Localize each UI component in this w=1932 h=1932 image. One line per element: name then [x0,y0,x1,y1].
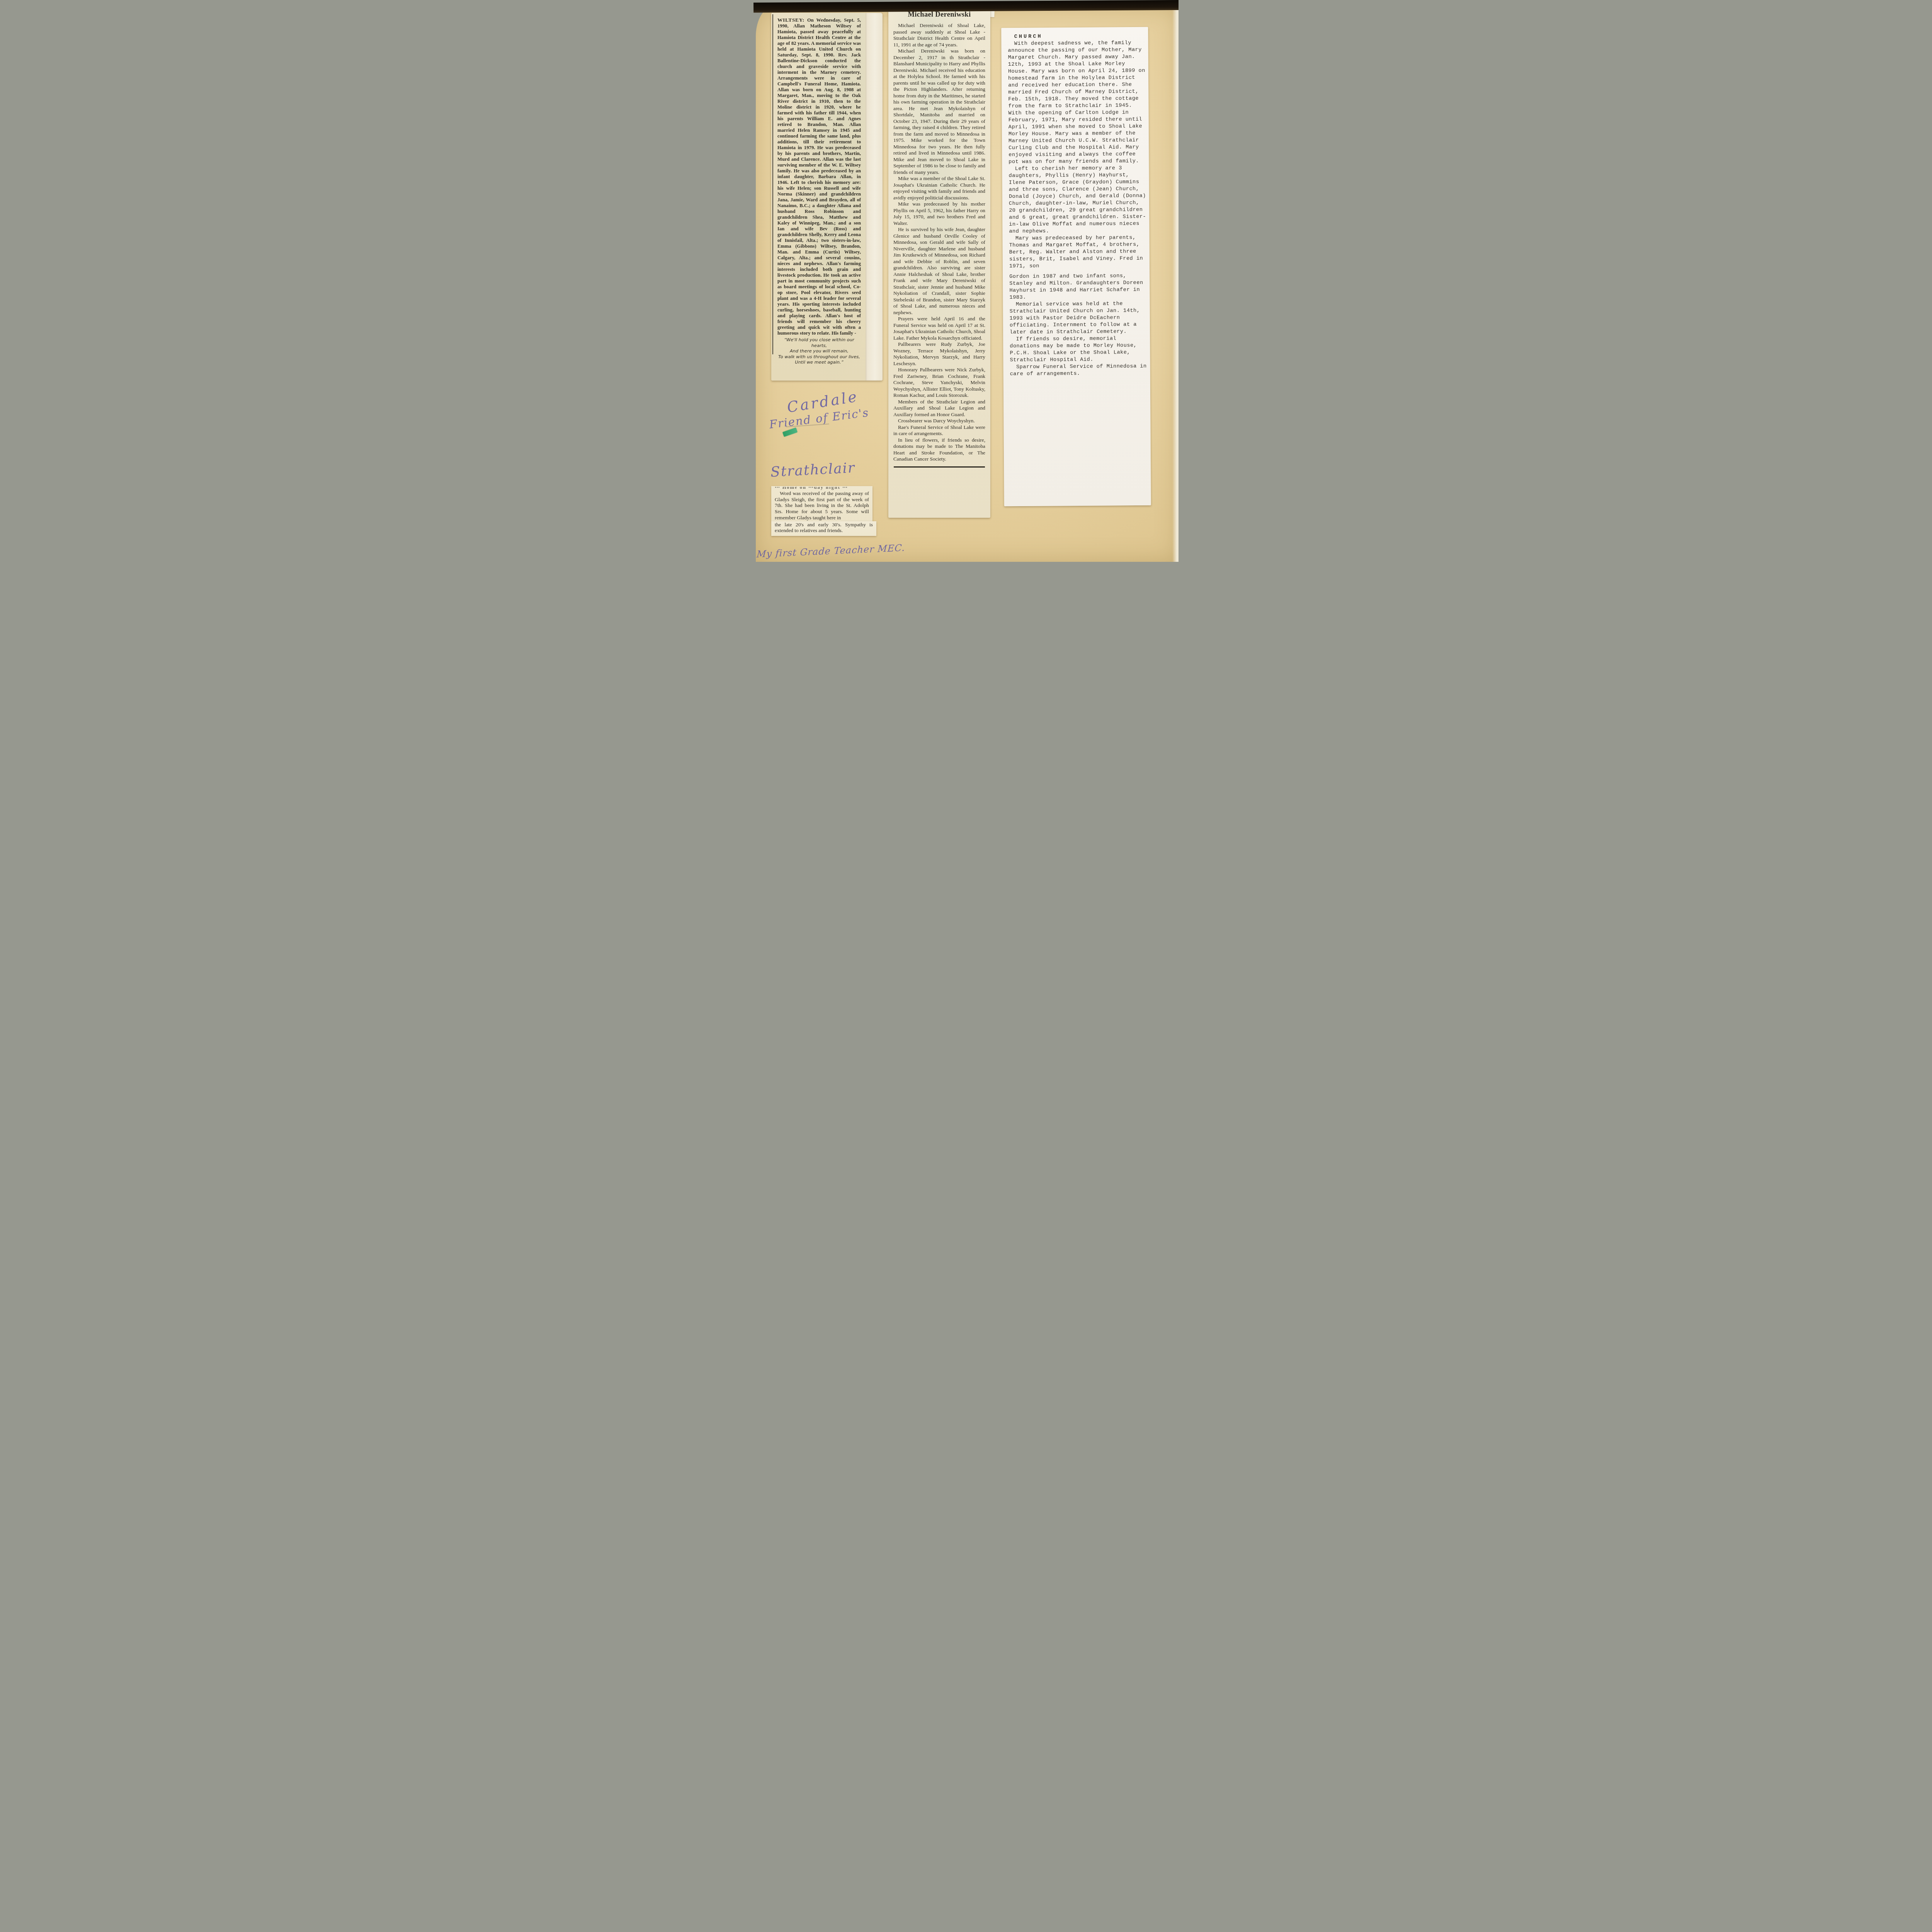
dereniwski-paragraph: Prayers were held April 16 and the Funer… [893,316,985,341]
scrapbook-scan: WILTSEY: On Wednesday, Sept. 5, 1990, Al… [753,0,1179,562]
wiltsey-obituary-text: WILTSEY: On Wednesday, Sept. 5, 1990, Al… [777,17,861,366]
church-paragraph: Memorial service was held at the Strathc… [1010,301,1147,336]
dereniwski-paragraph: Mike was a member of the Shoal Lake St. … [893,175,985,201]
poem-line: To walk with us throughout our lives, [777,354,861,360]
dereniwski-paragraph: Michael Dereniwski of Shoal Lake, passed… [893,22,985,48]
dereniwski-paragraph: Rae's Funeral Service of Shoal Lake were… [893,424,985,437]
wiltsey-body-text: On Wednesday, Sept. 5, 1990, Allan Mathe… [777,17,861,336]
dereniwski-paragraph: Crossbearer was Darcy Woychyshyn. [893,418,985,424]
clipping-bottom-rule [894,466,985,468]
poem-line: “We'll hold you close within our hearts, [777,337,861,349]
sleigh-clipping-bottom-piece: the late 20's and early 30's. Sympathy i… [771,521,876,536]
dereniwski-body: Michael Dereniwski of Shoal Lake, passed… [893,22,985,463]
dereniwski-paragraph: Pallbearers were Rudy Zurbyk, Joe Wozney… [893,341,985,367]
sleigh-cutoff-text: ⋯ Home on ⋯day night ⋯ [775,487,869,490]
dereniwski-paragraph: Mike was predeceased by his mother Phyll… [893,201,985,226]
church-paragraph: If friends so desire, memorial donations… [1010,335,1147,364]
clipping-dereniwski-obituary: Michael Dereniwski Michael Dereniwski of… [888,6,990,518]
clipping-gladys-sleigh: ⋯ Home on ⋯day night ⋯ Word was received… [771,486,872,536]
dereniwski-paragraph: Honorary Pallbearers were Nick Zurbyk, F… [893,367,985,399]
church-paragraph: Sparrow Funeral Service of Minnedosa in … [1010,363,1147,378]
church-paragraph: Mary was predeceased by her parents, Tho… [1009,235,1147,270]
newspaper-column-rule [772,14,773,354]
clipping-wiltsey-obituary: WILTSEY: On Wednesday, Sept. 5, 1990, Al… [771,13,883,381]
church-typed-text: CHURCH With deepest sadness we, the fami… [1001,27,1150,378]
sleigh-text-part1: Word was received of the passing away of… [775,490,869,521]
sleigh-clipping-top-piece: ⋯ Home on ⋯day night ⋯ Word was received… [771,486,872,522]
sleigh-paragraph: Word was received of the passing away of… [775,490,869,521]
poem-line: Until we meet again.” [777,360,861,366]
dereniwski-headline: Michael Dereniwski [893,11,985,19]
sleigh-paragraph: the late 20's and early 30's. Sympathy i… [775,522,873,534]
poem-line: And there you will remain, [777,349,861,354]
clipping-church-obituary: CHURCH With deepest sadness we, the fami… [1001,27,1151,506]
dereniwski-paragraph: He is survived by his wife Jean, daughte… [893,226,985,316]
dereniwski-paragraph: Michael Dereniwski was born on December … [893,48,985,175]
church-paragraph: Gordon in 1987 and two infant sons, Stan… [1009,273,1146,301]
wiltsey-lead-word: WILTSEY: [777,17,804,23]
church-paragraph: With deepest sadness we, the family anno… [1008,40,1146,166]
sleigh-cutoff-line: ⋯ Home on ⋯day night ⋯ [775,487,869,490]
page-right-edge [1172,0,1179,562]
church-paragraph: Left to cherish her memory are 3 daughte… [1009,165,1146,235]
clipping-blank-margin [866,13,883,381]
church-title: CHURCH [1008,33,1145,41]
wiltsey-memorial-poem: “We'll hold you close within our hearts,… [777,337,861,366]
dereniwski-paragraph: Members of the Strathclair Legion and Au… [893,399,985,418]
dereniwski-paragraph: In lieu of flowers, if friends so desire… [893,437,985,463]
